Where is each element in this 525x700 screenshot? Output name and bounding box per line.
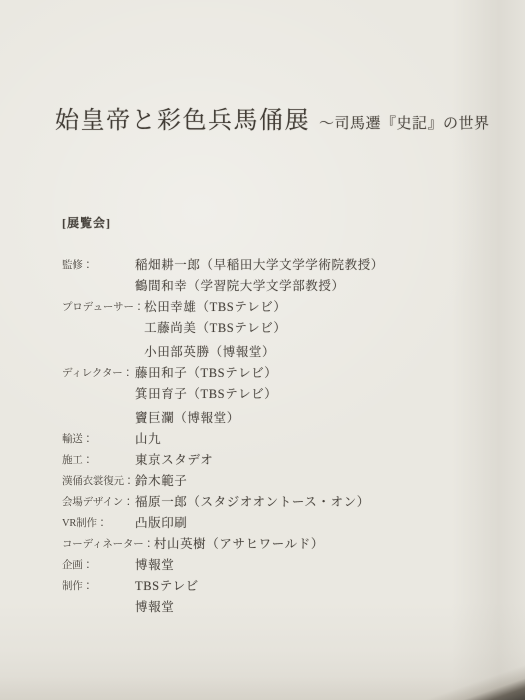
credit-value: 鈴木範子 [135, 471, 482, 492]
page-corner-shadow [405, 658, 525, 700]
credit-value: 藤田和子（TBSテレビ） [135, 363, 482, 384]
credit-group: 制作： TBSテレビ博報堂 [62, 576, 482, 618]
credit-label: 施工： [62, 450, 135, 471]
credit-value: 箕田育子（TBSテレビ） [135, 384, 482, 405]
credit-label: 監修： [62, 255, 135, 276]
credit-label: コーディネーター： [62, 534, 154, 555]
credit-label: 制作： [62, 576, 135, 597]
section-heading: [展覧会] [62, 214, 482, 231]
page-bottom-curl-shading [0, 674, 525, 700]
credit-group: コーディネーター： 村山英樹（アサヒワールド） [62, 534, 482, 555]
credits-list: 監修： 稲畑耕一郎（早稲田大学文学学術院教授）鶴間和幸（学習院大学文学部教授） … [62, 255, 482, 618]
credit-group: 漢俑衣裳復元： 鈴木範子 [62, 471, 482, 492]
credit-value: TBSテレビ [135, 576, 482, 597]
credit-label: 会場デザイン： [62, 492, 135, 513]
page-title: 始皇帝と彩色兵馬俑展 [55, 100, 310, 135]
credit-values: 福原一郎（スタジオオントース・オン） [135, 492, 482, 513]
credit-value: 鶴間和幸（学習院大学文学部教授） [135, 276, 482, 297]
credit-group: 監修： 稲畑耕一郎（早稲田大学文学学術院教授）鶴間和幸（学習院大学文学部教授） [62, 255, 482, 297]
credit-value: 稲畑耕一郎（早稲田大学文学学術院教授） [135, 255, 482, 276]
credit-values: 凸版印刷 [135, 513, 482, 534]
credit-group: ディレクター： 藤田和子（TBSテレビ）箕田育子（TBSテレビ）竇巨瀾（博報堂） [62, 363, 482, 429]
credit-group: プロデューサー： 松田幸雄（TBSテレビ）工藤尚美（TBSテレビ）小田部英勝（博… [62, 297, 482, 363]
credit-group: 施工： 東京スタデオ [62, 450, 482, 471]
credit-value: 東京スタデオ [135, 450, 482, 471]
credit-values: 東京スタデオ [135, 450, 482, 471]
credit-values: 松田幸雄（TBSテレビ）工藤尚美（TBSテレビ）小田部英勝（博報堂） [144, 297, 482, 363]
credit-label: ディレクター： [62, 363, 135, 384]
credit-label: 企画： [62, 555, 135, 576]
credit-label: プロデューサー： [62, 297, 144, 318]
credit-value: 小田部英勝（博報堂） [144, 342, 482, 363]
credit-value: 村山英樹（アサヒワールド） [154, 534, 482, 555]
credit-values: 鈴木範子 [135, 471, 482, 492]
credit-values: 村山英樹（アサヒワールド） [154, 534, 482, 555]
credit-group: 会場デザイン： 福原一郎（スタジオオントース・オン） [62, 492, 482, 513]
credit-values: 藤田和子（TBSテレビ）箕田育子（TBSテレビ）竇巨瀾（博報堂） [135, 363, 482, 429]
credit-value: 博報堂 [135, 597, 482, 618]
exhibition-title-block: 始皇帝と彩色兵馬俑展 ～司馬遷『史記』の世界 [55, 100, 490, 135]
credit-group: VR制作： 凸版印刷 [62, 513, 482, 534]
credit-group: 企画： 博報堂 [62, 555, 482, 576]
credit-label: VR制作： [62, 513, 135, 534]
credit-values: 山九 [135, 429, 482, 450]
credit-value: 福原一郎（スタジオオントース・オン） [135, 492, 482, 513]
book-page: 始皇帝と彩色兵馬俑展 ～司馬遷『史記』の世界 [展覧会] 監修： 稲畑耕一郎（早… [0, 0, 525, 700]
credit-value: 松田幸雄（TBSテレビ） [144, 297, 482, 318]
credit-label: 漢俑衣裳復元： [62, 471, 135, 492]
credit-values: 稲畑耕一郎（早稲田大学文学学術院教授）鶴間和幸（学習院大学文学部教授） [135, 255, 482, 297]
credits-section: [展覧会] 監修： 稲畑耕一郎（早稲田大学文学学術院教授）鶴間和幸（学習院大学文… [62, 214, 482, 618]
credit-value: 竇巨瀾（博報堂） [135, 408, 482, 429]
credit-values: 博報堂 [135, 555, 482, 576]
credit-label: 輸送： [62, 429, 135, 450]
credit-group: 輸送： 山九 [62, 429, 482, 450]
credit-value: 博報堂 [135, 555, 482, 576]
credit-value: 凸版印刷 [135, 513, 482, 534]
credit-values: TBSテレビ博報堂 [135, 576, 482, 618]
credit-value: 山九 [135, 429, 482, 450]
page-subtitle: ～司馬遷『史記』の世界 [319, 112, 490, 133]
credit-value: 工藤尚美（TBSテレビ） [144, 318, 482, 339]
